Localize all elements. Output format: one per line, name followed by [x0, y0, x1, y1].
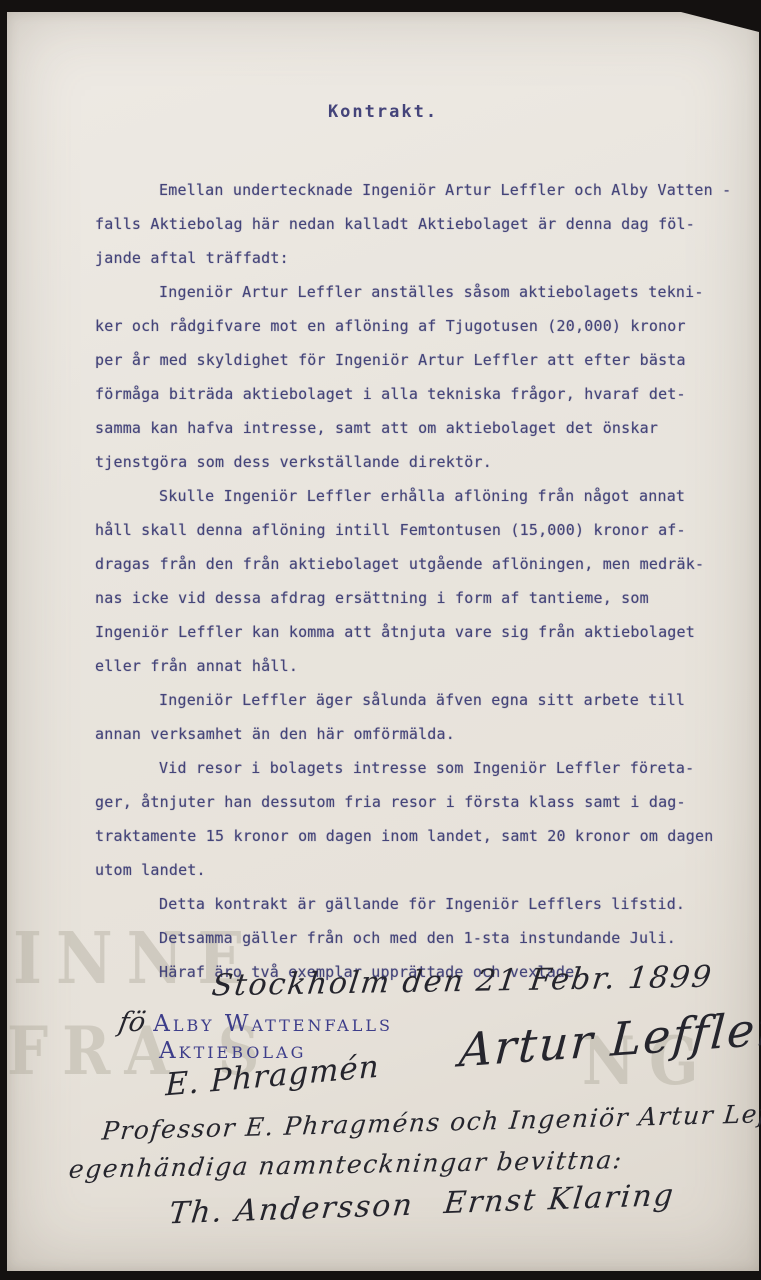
- witness-statement-line1: Professor E. Phragméns och Ingeniör Artu…: [101, 1097, 761, 1145]
- document-title: Kontrakt.: [7, 102, 759, 122]
- typed-line: samma kan hafva intresse, samt att om ak…: [95, 411, 719, 445]
- signature-witness-andersson: Th. Andersson: [167, 1188, 415, 1232]
- typed-line: håll skall denna aflöning intill Femtont…: [95, 513, 719, 547]
- typed-line: falls Aktiebolag här nedan kalladt Aktie…: [95, 207, 719, 241]
- witness-statement-line2: egenhändiga namnteckningar bevittna:: [68, 1145, 625, 1184]
- typed-line: dragas från den från aktiebolaget utgåen…: [95, 547, 719, 581]
- handwritten-date: Stockholm den 21 Febr. 1899: [210, 960, 715, 1004]
- typed-line: Ingeniör Artur Leffler anställes såsom a…: [95, 275, 719, 309]
- typed-line: utom landet.: [95, 853, 719, 887]
- typed-line: förmåga biträda aktiebolaget i alla tekn…: [95, 377, 719, 411]
- typed-line: annan verksamhet än den här omförmälda.: [95, 717, 719, 751]
- typed-line: per år med skyldighet för Ingeniör Artur…: [95, 343, 719, 377]
- photo-corner-clip: [681, 12, 759, 32]
- typed-line: Emellan undertecknade Ingeniör Artur Lef…: [95, 173, 719, 207]
- typed-line: Detsamma gäller från och med den 1-sta i…: [95, 921, 719, 955]
- typed-line: Ingeniör Leffler kan komma att åtnjuta v…: [95, 615, 719, 649]
- signature-leffler: Artur Leffler: [457, 1001, 761, 1078]
- typed-line: jande aftal träffadt:: [95, 241, 719, 275]
- typed-line: ker och rådgifvare mot en aflöning af Tj…: [95, 309, 719, 343]
- company-name-line1: Alby Wattenfalls: [153, 1011, 393, 1037]
- signature-witness-klaring: Ernst Klaring: [442, 1178, 676, 1221]
- typed-line: Skulle Ingeniör Leffler erhålla aflöning…: [95, 479, 719, 513]
- typed-line: eller från annat håll.: [95, 649, 719, 683]
- company-signature-block: föAlby Wattenfalls: [119, 1007, 393, 1038]
- typed-line: ger, åtnjuter han dessutom fria resor i …: [95, 785, 719, 819]
- contract-body: Emellan undertecknade Ingeniör Artur Lef…: [95, 173, 719, 989]
- handwritten-prefix: fö: [116, 1007, 148, 1038]
- typed-line: Ingeniör Leffler äger sålunda äfven egna…: [95, 683, 719, 717]
- contract-page: INNE FRA S NG Kontrakt. Emellan undertec…: [7, 12, 759, 1271]
- typed-line: traktamente 15 kronor om dagen inom land…: [95, 819, 719, 853]
- typed-line: nas icke vid dessa afdrag ersättning i f…: [95, 581, 719, 615]
- typed-line: Vid resor i bolagets intresse som Ingeni…: [95, 751, 719, 785]
- typed-line: tjenstgöra som dess verkställande direkt…: [95, 445, 719, 479]
- typed-line: Detta kontrakt är gällande för Ingeniör …: [95, 887, 719, 921]
